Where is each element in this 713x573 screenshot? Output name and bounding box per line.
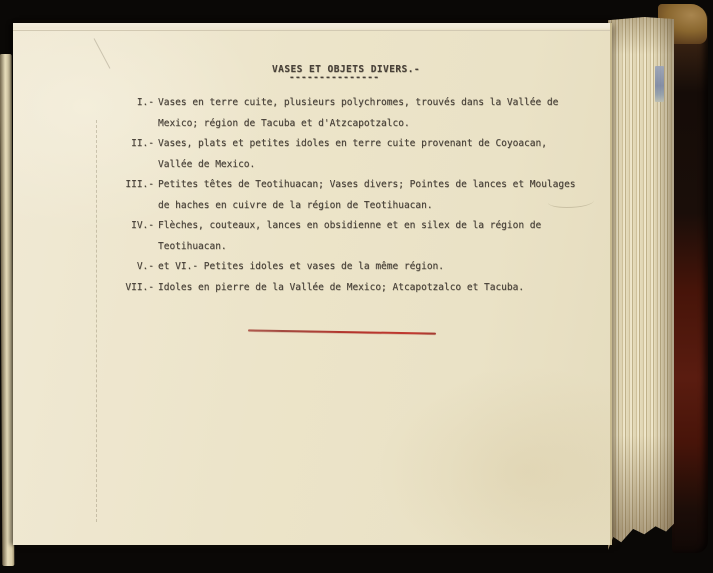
list-item-continuation: Teotihuacan. bbox=[110, 237, 596, 258]
item-numeral bbox=[110, 155, 154, 176]
list-item: II.- Vases, plats et petites idoles en t… bbox=[110, 134, 596, 155]
item-list: I.- Vases en terre cuite, plusieurs poly… bbox=[110, 93, 596, 298]
red-ink-line bbox=[248, 329, 436, 334]
page-stack-fore-edge bbox=[608, 17, 674, 553]
item-text: Idoles en pierre de la Vallée de Mexico;… bbox=[158, 278, 524, 299]
item-numeral bbox=[110, 114, 154, 135]
item-text: Vallée de Mexico. bbox=[158, 155, 255, 176]
photo-of-open-album: VASES ET OBJETS DIVERS.- ---------------… bbox=[0, 0, 713, 573]
album-page: VASES ET OBJETS DIVERS.- ---------------… bbox=[13, 23, 612, 545]
list-item: V.- et VI.- Petites idoles et vases de l… bbox=[110, 257, 596, 278]
item-numeral: I.- bbox=[110, 93, 154, 114]
item-text: Mexico; région de Tacuba et d'Atzcapotza… bbox=[158, 114, 410, 135]
bookmark-tab bbox=[655, 66, 664, 102]
pencil-mark bbox=[94, 38, 111, 68]
item-text: Vases, plats et petites idoles en terre … bbox=[158, 134, 547, 155]
list-item: VII.- Idoles en pierre de la Vallée de M… bbox=[110, 278, 596, 299]
list-item: III.- Petites têtes de Teotihuacan; Vase… bbox=[110, 175, 596, 196]
book-cover-spine bbox=[672, 5, 708, 553]
item-text: Flèches, couteaux, lances en obsidienne … bbox=[158, 216, 541, 237]
item-text: Vases en terre cuite, plusieurs polychro… bbox=[158, 93, 558, 114]
page-crease bbox=[96, 120, 97, 522]
item-numeral: II.- bbox=[110, 134, 154, 155]
item-numeral: III.- bbox=[110, 175, 154, 196]
title-underline: --------------- bbox=[289, 72, 379, 84]
list-item-continuation: Vallée de Mexico. bbox=[110, 155, 596, 176]
item-text: de haches en cuivre de la région de Teot… bbox=[158, 196, 433, 217]
list-item-continuation: de haches en cuivre de la région de Teot… bbox=[110, 196, 596, 217]
item-text: Teotihuacan. bbox=[158, 237, 227, 258]
list-item: I.- Vases en terre cuite, plusieurs poly… bbox=[110, 93, 596, 114]
item-numeral bbox=[110, 196, 154, 217]
item-numeral: V.- bbox=[110, 257, 154, 278]
list-item-continuation: Mexico; région de Tacuba et d'Atzcapotza… bbox=[110, 114, 596, 135]
item-text: et VI.- Petites idoles et vases de la mê… bbox=[158, 257, 444, 278]
item-numeral bbox=[110, 237, 154, 258]
item-numeral: IV.- bbox=[110, 216, 154, 237]
list-item: IV.- Flèches, couteaux, lances en obsidi… bbox=[110, 216, 596, 237]
item-text: Petites têtes de Teotihuacan; Vases dive… bbox=[158, 175, 576, 196]
page-top-edge bbox=[13, 23, 610, 31]
item-numeral: VII.- bbox=[110, 278, 154, 299]
